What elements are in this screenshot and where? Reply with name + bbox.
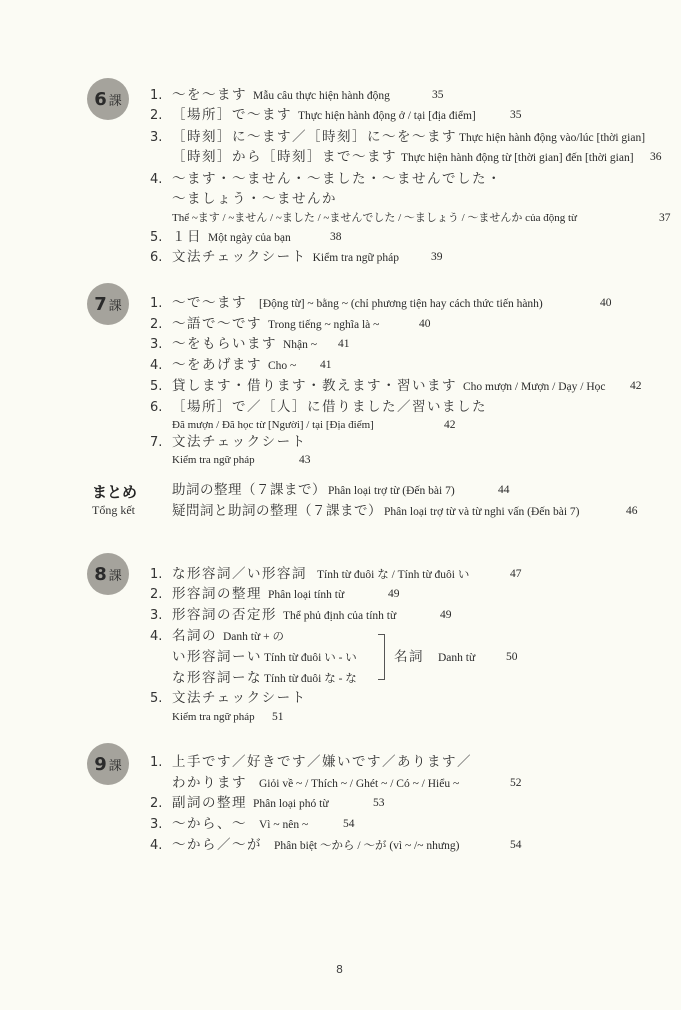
summary-label: まとめ (92, 481, 137, 502)
page-number: 8 (336, 963, 343, 976)
toc-entry-continuation: 〜ましょう・〜ませんか (150, 190, 337, 209)
toc-entry[interactable]: 2.副詞の整理Phân loại phó từ 53 (150, 794, 329, 813)
toc-entry[interactable]: 2.形容詞の整理Phân loại tính từ 49 (150, 585, 344, 604)
toc-entry-continuation: な形容詞ーなTính từ đuôi な - な (150, 669, 357, 688)
lesson-7-badge: 7課 (87, 283, 129, 325)
toc-entry[interactable]: ［時刻］から［時刻］まで〜ますThực hiện hành động từ [t… (150, 148, 634, 167)
toc-entry[interactable]: 1.上手です／好きです／嫌いです／あります／ (150, 753, 472, 772)
toc-entry-continuation: Kiểm tra ngữ pháp 43 (172, 451, 255, 469)
lesson-8-badge: 8課 (87, 553, 129, 595)
toc-entry[interactable]: 4.名詞のDanh từ + の (150, 627, 284, 646)
toc-entry[interactable]: 3.形容詞の否定形Thể phủ định của tính từ 49 (150, 606, 396, 625)
toc-entry[interactable]: 疑問詞と助詞の整理（７課まで）Phân loại trợ từ và từ ng… (172, 502, 579, 521)
toc-entry-continuation: Kiểm tra ngữ pháp 51 (172, 708, 255, 726)
summary-sublabel: Tổng kết (92, 503, 135, 518)
toc-entry[interactable]: 6.［場所］で／［人］に借りました／習いました (150, 398, 487, 417)
lesson-6-badge: 6課 (87, 78, 129, 120)
table-of-contents-page: 6課 1.〜を〜ますMẫu câu thực hiện hành động 35… (0, 0, 681, 1010)
toc-entry-continuation: Đã mượn / Đã học từ [Người] / tại [Địa đ… (172, 416, 374, 434)
toc-entry[interactable]: 5.文法チェックシート (150, 689, 307, 708)
toc-entry[interactable]: 1.〜を〜ますMẫu câu thực hiện hành động 35 (150, 86, 390, 105)
toc-entry[interactable]: 7.文法チェックシート (150, 433, 307, 452)
toc-entry[interactable]: 助詞の整理（７課まで）Phân loại trợ từ (Đến bài 7) … (172, 481, 455, 500)
toc-entry-target: 名詞Danh từ 50 (394, 648, 475, 667)
toc-entry[interactable]: 4.〜ます・〜ません・〜ました・〜ませんでした・ (150, 170, 502, 189)
toc-entry[interactable]: 2.［場所］で〜ますThực hiện hành động ở / tại [đ… (150, 106, 476, 125)
toc-entry[interactable]: 5.貸します・借ります・教えます・習いますCho mượn / Mượn / D… (150, 377, 606, 396)
toc-entry[interactable]: 2.〜語で〜ですTrong tiếng ~ nghĩa là ~ 40 (150, 315, 379, 334)
toc-entry[interactable]: 1.〜で〜ます[Động từ] ~ bằng ~ (chỉ phương ti… (150, 294, 543, 313)
toc-entry[interactable]: 4.〜から／〜がPhân biệt 〜から / 〜が (vì ~ /~ nhưn… (150, 836, 459, 855)
toc-entry[interactable]: 1.な形容詞／い形容詞Tính từ đuôi な / Tính từ đuôi… (150, 565, 469, 584)
toc-entry-continuation: い形容詞ーいTính từ đuôi い - い (150, 648, 357, 667)
grouping-bracket (378, 634, 385, 680)
toc-entry[interactable]: 3.〜から、〜Vì ~ nên ~ 54 (150, 815, 308, 834)
toc-entry[interactable]: 5.１日Một ngày của bạn 38 (150, 228, 291, 247)
toc-entry[interactable]: 4.〜をあげますCho ~ 41 (150, 356, 296, 375)
toc-entry[interactable]: 3.［時刻］に〜ます／［時刻］に〜を〜ますThực hiện hành động… (150, 128, 645, 147)
toc-entry-continuation: わかりますGiỏi về ~ / Thích ~ / Ghét ~ / Có ~… (150, 774, 459, 793)
toc-entry[interactable]: 3.〜をもらいますNhận ~ 41 (150, 335, 317, 354)
toc-entry[interactable]: 6.文法チェックシートKiểm tra ngữ pháp 39 (150, 248, 399, 267)
toc-entry-continuation: Thể ~ます / ~ません / ~ました / ~ませんでした / 〜ましょう … (172, 209, 577, 227)
lesson-9-badge: 9課 (87, 743, 129, 785)
